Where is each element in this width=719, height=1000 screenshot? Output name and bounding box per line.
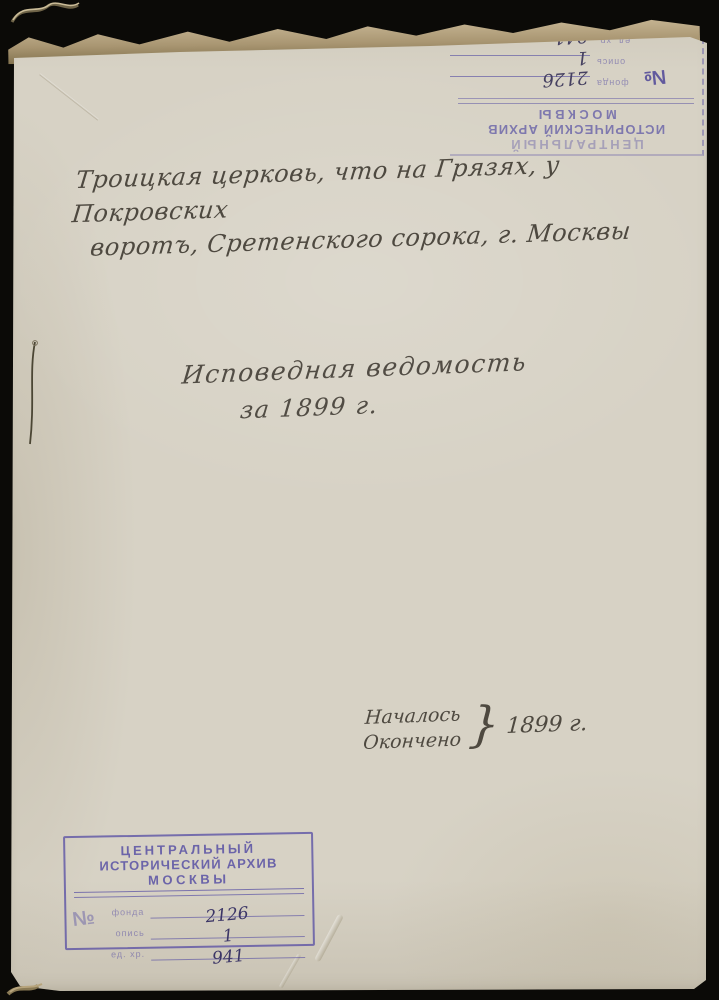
- stamp-title-line3: МОСКВЫ: [450, 107, 702, 122]
- archive-stamp-top-inverted: ЦЕНТРАЛЬНЫЙ ИСТОРИЧЕСКИЙ АРХИВ МОСКВЫ № …: [450, 38, 704, 156]
- stamp-field-label: фонда: [102, 907, 144, 920]
- stamp-field-fond: фонда 2126: [450, 76, 642, 97]
- scan-background: ЦЕНТРАЛЬНЫЙ ИСТОРИЧЕСКИЙ АРХИВ МОСКВЫ № …: [0, 0, 719, 1000]
- started-label: Началось: [364, 702, 464, 730]
- paper-crease: [314, 914, 344, 963]
- stamp-field-value: 2126: [542, 71, 588, 84]
- numero-sign: №: [643, 64, 668, 89]
- document-title-line1: Исповедная ведомость: [181, 347, 529, 389]
- stamp-title-line2: ИСТОРИЧЕСКИЙ АРХИВ: [450, 122, 702, 137]
- stamp-field-label: ед. хр.: [103, 949, 145, 962]
- stamp-field-label: фонда: [596, 76, 642, 88]
- binding-thread-bottom: [4, 976, 50, 1000]
- finished-label: Окончено: [362, 727, 462, 755]
- paper-crease: [39, 73, 99, 120]
- document-title-line2: за 1899 г.: [239, 385, 525, 424]
- stamp-field-value: 941: [212, 951, 245, 964]
- stamp-field-fond: фонда 2126: [102, 895, 304, 920]
- stamp-field-value: 2126: [205, 908, 249, 922]
- dates-block: Началось Окончено } 1899 г.: [362, 698, 589, 756]
- paper-crease: [279, 954, 301, 989]
- stamp-field-label: опись: [596, 55, 642, 67]
- stamp-field-rule: 2126: [450, 76, 590, 88]
- stamp-field-edhr: ед. хр. 941: [103, 937, 305, 962]
- stamp-field-label: опись: [103, 928, 145, 941]
- stamp-field-value: 1: [222, 931, 234, 942]
- archive-stamp-title: ЦЕНТРАЛЬНЫЙ ИСТОРИЧЕСКИЙ АРХИВ МОСКВЫ: [65, 840, 312, 889]
- stamp-separator-rule: [458, 98, 694, 104]
- binding-thread-top: [10, 0, 82, 28]
- stamp-field-rule: 1: [450, 55, 590, 67]
- stamp-field-rule: 941: [151, 946, 305, 961]
- document-page: ЦЕНТРАЛЬНЫЙ ИСТОРИЧЕСКИЙ АРХИВ МОСКВЫ № …: [0, 0, 719, 1000]
- church-title: Троицкая церковь, что на Грязях, у Покро…: [67, 145, 668, 266]
- binding-thread-left: [24, 338, 40, 450]
- document-title: Исповедная ведомость за 1899 г.: [177, 347, 529, 427]
- brace-glyph: }: [467, 700, 501, 749]
- stamp-field-value: 1: [576, 52, 588, 63]
- archive-stamp-bottom: ЦЕНТРАЛЬНЫЙ ИСТОРИЧЕСКИЙ АРХИВ МОСКВЫ № …: [63, 832, 315, 950]
- stamp-field-opis: опись 1: [102, 916, 304, 941]
- year-value: 1899 г.: [506, 711, 589, 739]
- numero-sign: №: [71, 907, 96, 933]
